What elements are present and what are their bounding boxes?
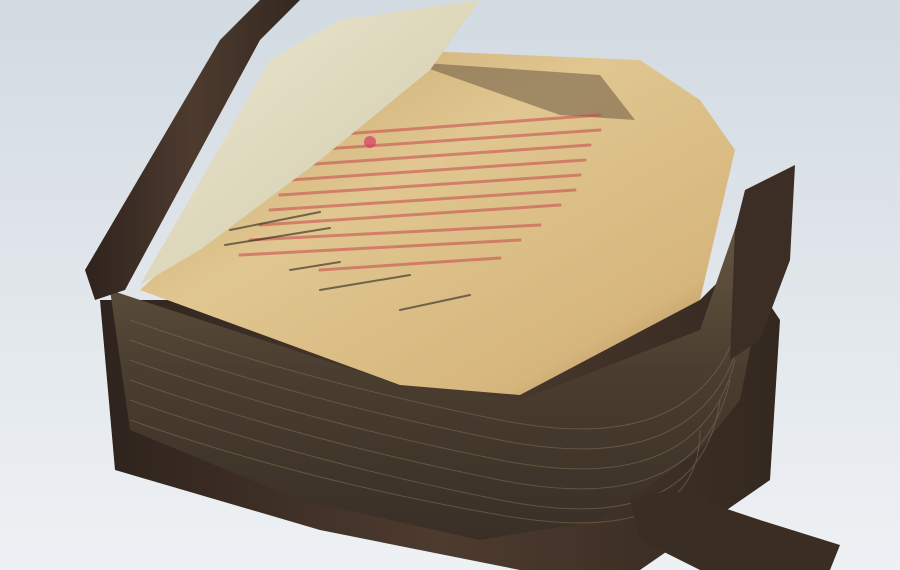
old-book-illustration [0, 0, 900, 570]
photo-scene [0, 0, 900, 570]
right-clasp [730, 165, 795, 360]
